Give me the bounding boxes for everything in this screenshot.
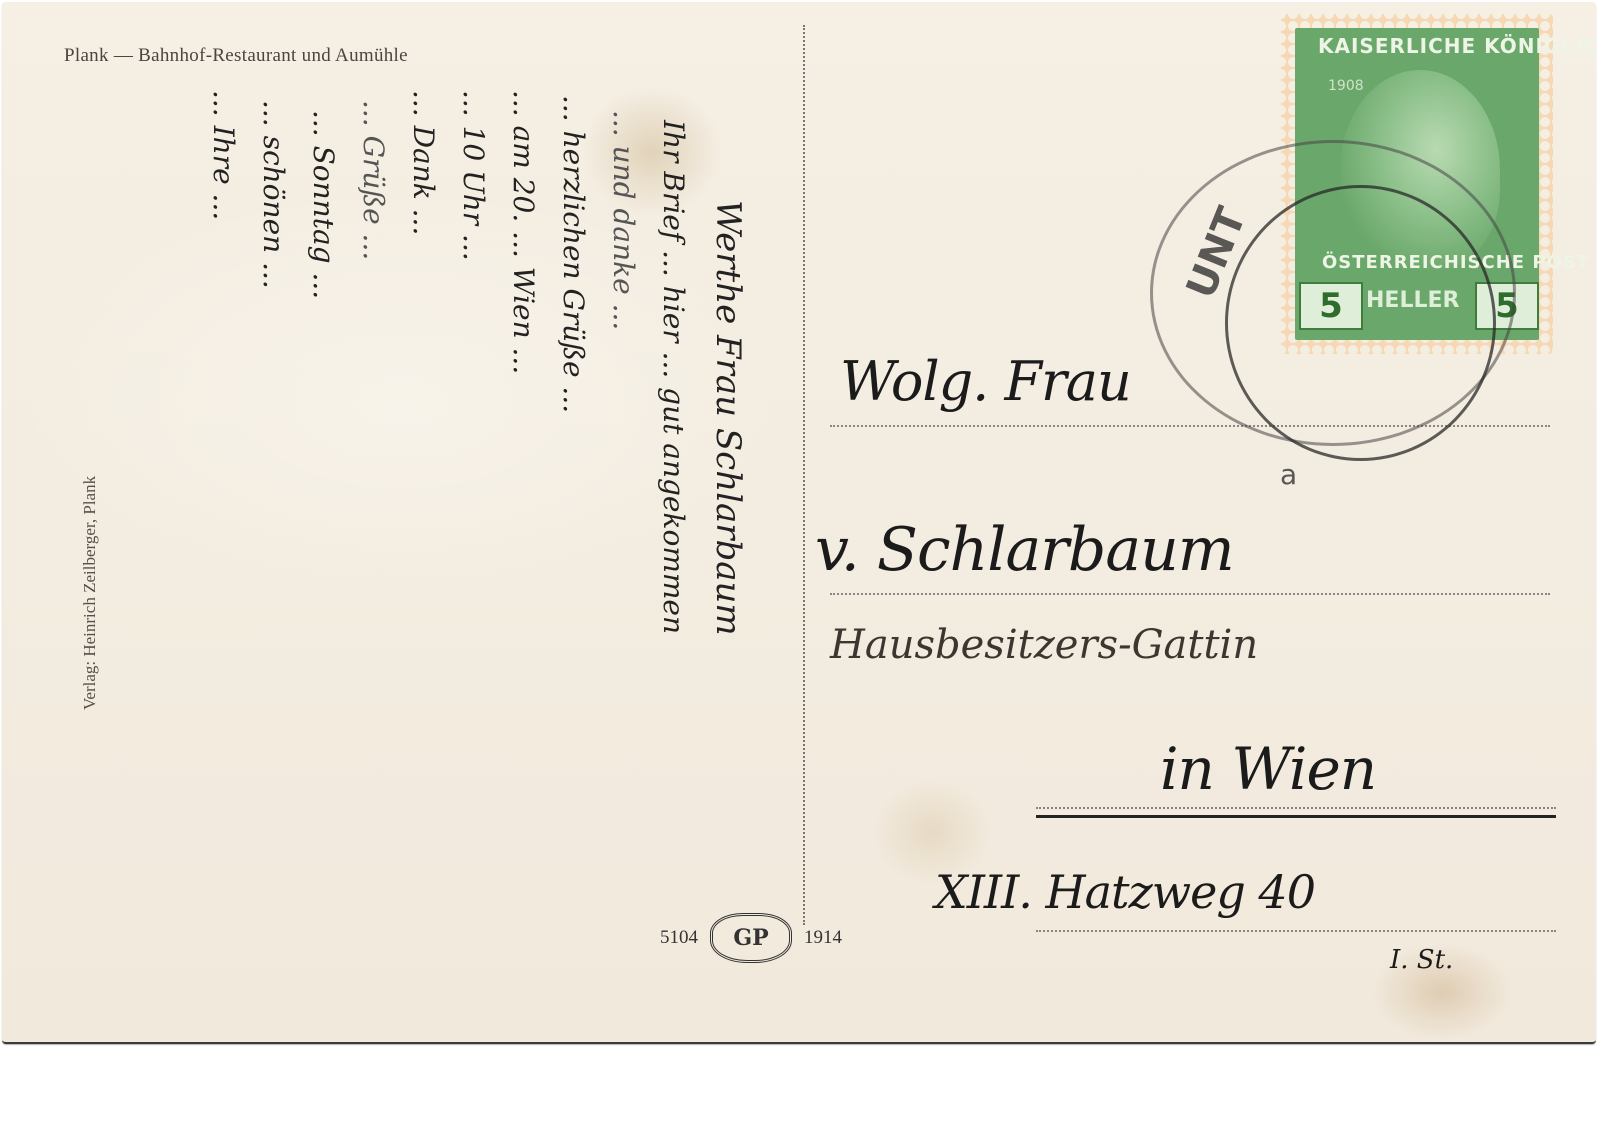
address-line-4-rule xyxy=(1036,807,1556,809)
stamp-year: 1908 xyxy=(1328,78,1364,94)
address-underline xyxy=(1036,815,1556,818)
address-salutation: Wolg. Frau xyxy=(840,350,1131,413)
message-line: ... und danke ... xyxy=(607,110,640,330)
address-name: v. Schlarbaum xyxy=(815,515,1234,585)
message-line: ... herzlichen Grüße ... xyxy=(557,95,590,413)
message-line: ... Sonntag ... xyxy=(307,110,340,299)
message-line: ... Grüße ... xyxy=(357,100,390,260)
postcard-header-title: Plank — Bahnhof-Restaurant und Aumühle xyxy=(64,45,408,67)
address-street: XIII. Hatzweg 40 xyxy=(935,865,1315,919)
postmark-letter: a xyxy=(1280,458,1297,491)
address-floor: I. St. xyxy=(1390,945,1453,975)
publisher-imprint: Verlag: Heinrich Zeilberger, Plank xyxy=(80,476,100,710)
print-year: 1914 xyxy=(804,927,842,949)
message-line: ... schönen ... xyxy=(257,100,290,289)
address-line-5-rule xyxy=(1036,930,1556,932)
message-line: ... am 20. ... Wien ... xyxy=(507,90,540,374)
message-greeting: Werthe Frau Schlarbaum xyxy=(708,200,748,636)
message-line: Ihr Brief ... hier ... gut angekommen xyxy=(657,120,690,634)
catalog-number: 5104 xyxy=(660,927,698,949)
card-divider-line xyxy=(803,25,805,925)
message-line: ... 10 Uhr ... xyxy=(457,90,490,261)
stamp-country-top: KAISERLICHE KÖNIGLICHE xyxy=(1318,34,1600,58)
address-city: in Wien xyxy=(1160,735,1376,803)
address-line-2-rule xyxy=(830,593,1550,595)
message-line: ... Dank ... xyxy=(407,90,440,235)
message-line: ... Ihre ... xyxy=(207,90,240,220)
postmark-inner-ring xyxy=(1225,185,1496,461)
catalog-mark: 5104 GP 1914 xyxy=(660,913,842,963)
publisher-logo-icon: GP xyxy=(710,913,792,963)
address-title: Hausbesitzers-Gattin xyxy=(830,622,1258,668)
